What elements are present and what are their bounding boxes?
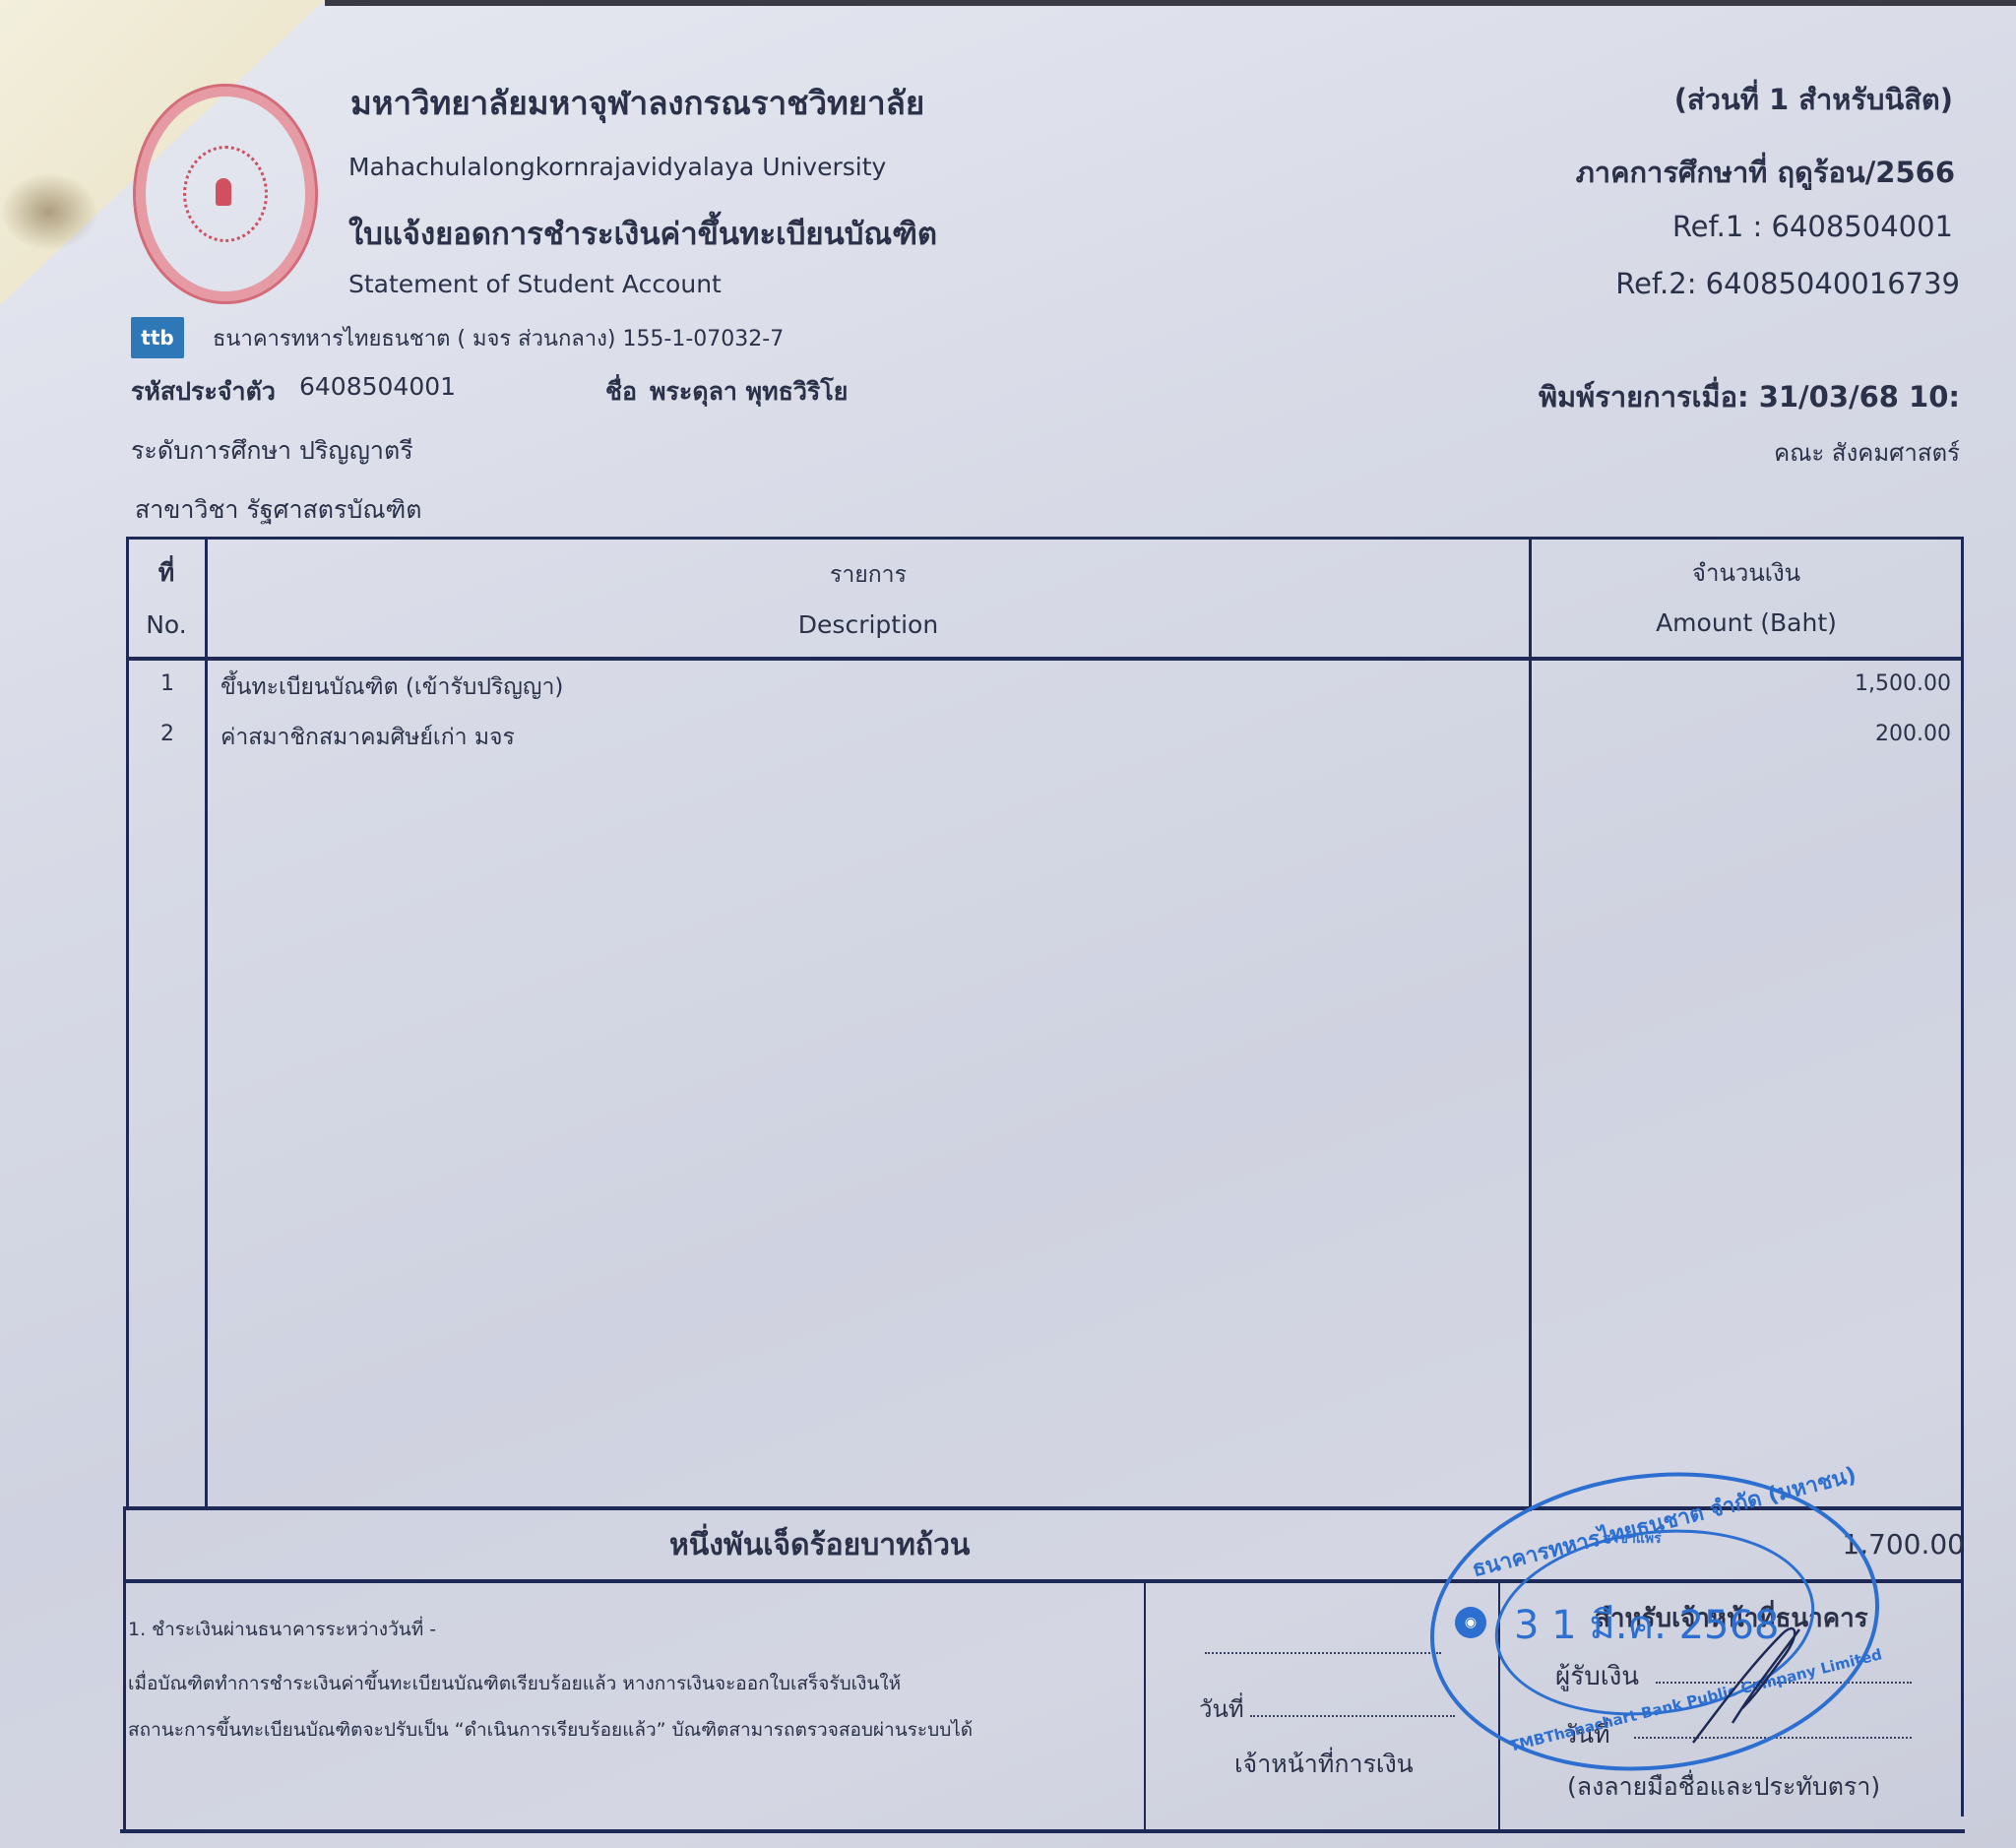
education-level: ระดับการศึกษา ปริญญาตรี xyxy=(131,431,413,471)
header-no-th: ที่ xyxy=(128,553,205,593)
ref2: Ref.2: 64085040016739 xyxy=(1615,267,1960,300)
student-name-label: ชื่อ xyxy=(605,372,637,412)
row-no: 2 xyxy=(138,722,197,746)
student-id-value: 6408504001 xyxy=(299,372,456,401)
row-no: 1 xyxy=(138,671,197,696)
semester: ภาคการศึกษาที่ ฤดูร้อน/2566 xyxy=(1576,150,1955,195)
ref1: Ref.1 : 6408504001 xyxy=(1672,210,1953,243)
seal-stupa-icon xyxy=(216,178,231,206)
copy-label: (ส่วนที่ 1 สำหรับนิสิต) xyxy=(1674,77,1953,122)
student-id-label: รหัสประจำตัว xyxy=(131,372,276,412)
faculty: คณะ สังคมศาสตร์ xyxy=(1774,433,1960,472)
row-amount: 1,500.00 xyxy=(1656,671,1951,696)
header-amount-th: จำนวนเงิน xyxy=(1532,553,1961,592)
bank-account-line: ธนาคารทหารไทยธนชาต ( มจร ส่วนกลาง) 155-1… xyxy=(213,321,784,355)
header-desc-en: Description xyxy=(208,610,1529,639)
finance-officer-title: เจ้าหน้าที่การเงิน xyxy=(1234,1745,1414,1784)
sign-note: (ลงลายมือชื่อและประทับตรา) xyxy=(1567,1767,1880,1807)
col-divider-amount xyxy=(1529,537,1532,1511)
note-line-2: เมื่อบัณฑิตทำการชำระเงินค่าขึ้นทะเบียนบั… xyxy=(128,1669,901,1698)
header-amount-en: Amount (Baht) xyxy=(1532,608,1961,637)
student-name-value: พระดุลา พุทธวิริโย xyxy=(650,372,848,412)
footer-col-divider-1 xyxy=(1144,1581,1146,1831)
major: สาขาวิชา รัฐศาสตรบัณฑิต xyxy=(135,490,422,530)
background-edge xyxy=(325,0,2016,6)
row-description: ค่าสมาชิกสมาคมศิษย์เก่า มจร xyxy=(220,720,515,755)
printed-at: พิมพ์รายการเมื่อ: 31/03/68 10: xyxy=(1539,374,1960,419)
stamp-branch: สาขาแพร่ xyxy=(1603,1528,1662,1550)
finance-date-line xyxy=(1250,1715,1455,1717)
stamp-emblem-icon: ◉ xyxy=(1455,1607,1486,1638)
col-divider-no xyxy=(205,537,208,1506)
document-title-en: Statement of Student Account xyxy=(348,270,722,298)
stain xyxy=(0,172,98,251)
footer-border-bottom xyxy=(120,1829,1965,1833)
note-line-3: สถานะการขึ้นทะเบียนบัณฑิตจะปรับเป็น “ดำเ… xyxy=(128,1715,973,1745)
footer-border-left xyxy=(123,1506,126,1831)
signature-scribble xyxy=(1673,1615,1821,1752)
ttb-bank-logo-icon: ttb xyxy=(131,317,184,358)
university-name-en: Mahachulalongkornrajavidyalaya Universit… xyxy=(348,153,886,181)
table-border-right xyxy=(1961,537,1964,1816)
university-name-th: มหาวิทยาลัยมหาจุฬาลงกรณราชวิทยาลัย xyxy=(350,77,924,129)
table-border-left xyxy=(126,537,129,1508)
row-description: ขึ้นทะเบียนบัณฑิต (เข้ารับปริญญา) xyxy=(220,669,563,705)
note-line-1: 1. ชำระเงินผ่านธนาคารระหว่างวันที่ - xyxy=(128,1615,436,1644)
table-border-top xyxy=(126,537,1963,540)
university-seal-icon xyxy=(133,84,318,304)
header-desc-th: รายการ xyxy=(208,557,1529,593)
document-title-th: ใบแจ้งยอดการชำระเงินค่าขึ้นทะเบียนบัณฑิต xyxy=(348,209,937,258)
header-divider xyxy=(126,657,1963,661)
row-amount: 200.00 xyxy=(1656,722,1951,746)
finance-date-label: วันที่ xyxy=(1199,1689,1244,1728)
total-in-words: หนึ่งพันเจ็ดร้อยบาทถ้วน xyxy=(669,1522,970,1568)
seal-inner-ring xyxy=(183,146,268,242)
finance-signature-line xyxy=(1205,1652,1441,1654)
header-no-en: No. xyxy=(128,610,205,639)
